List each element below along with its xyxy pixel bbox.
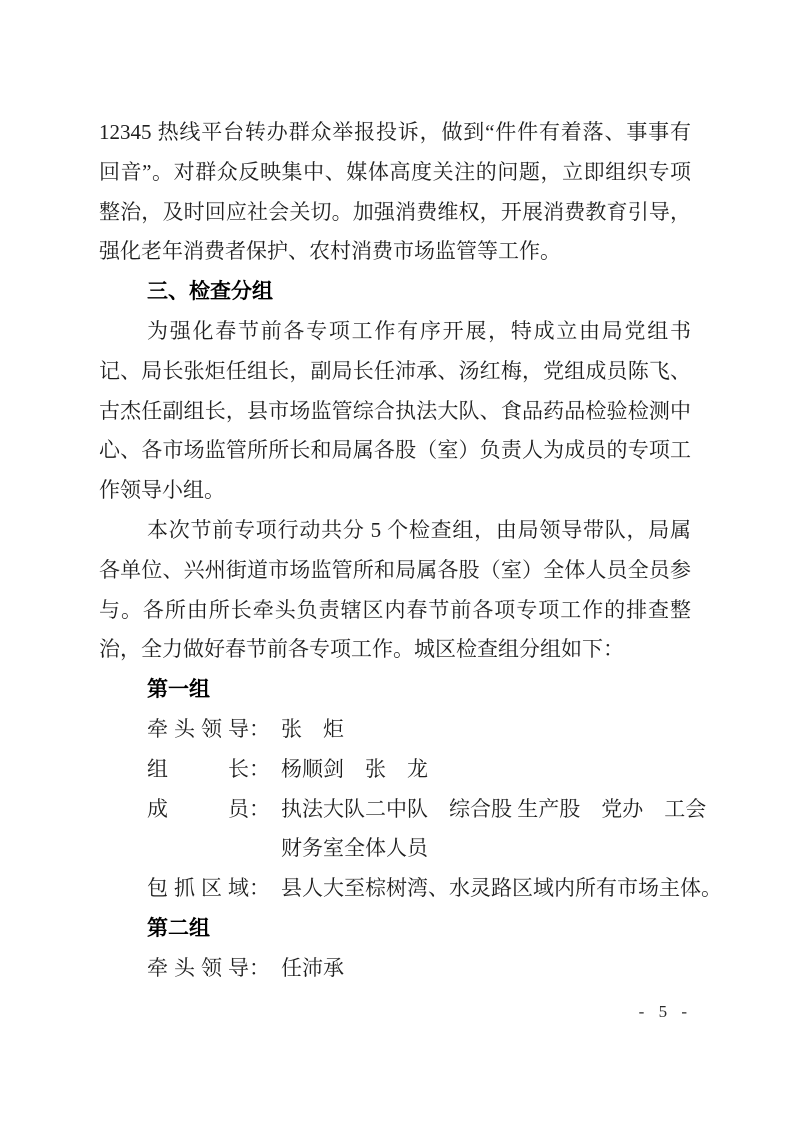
group-1: 第一组 牵头领导： 张 炬 组长： 杨顺剑 张 龙 成员： 执法大队二中队 综合…	[99, 670, 691, 909]
group-1-title: 第一组	[99, 670, 691, 710]
row-label: 牵头领导	[147, 710, 249, 750]
row-label: 组长	[147, 750, 249, 790]
page-number: - 5 -	[639, 1002, 692, 1022]
row-value: 执法大队二中队 综合股 生产股 党办 工会 财务室全体人员	[281, 790, 706, 870]
group-1-row-area: 包抓区域： 县人大至棕树湾、水灵路区域内所有市场主体。	[147, 869, 691, 909]
group-2: 第二组 牵头领导： 任沛承	[99, 909, 691, 989]
row-value: 杨顺剑 张 龙	[281, 750, 428, 790]
group-1-row-members: 成员： 执法大队二中队 综合股 生产股 党办 工会 财务室全体人员	[147, 790, 691, 870]
row-label: 牵头领导	[147, 949, 249, 989]
row-colon: ：	[249, 869, 270, 909]
row-label: 成员	[147, 790, 249, 830]
document-body: 12345 热线平台转办群众举报投诉，做到“件件有着落、事事有回音”。对群众反映…	[99, 113, 691, 989]
row-colon: ：	[249, 790, 270, 830]
document-page: 12345 热线平台转办群众举报投诉，做到“件件有着落、事事有回音”。对群众反映…	[0, 0, 793, 1122]
group-1-row-group-leader: 组长： 杨顺剑 张 龙	[147, 750, 691, 790]
paragraph-groups-intro: 本次节前专项行动共分 5 个检查组，由局领导带队，局属各单位、兴州街道市场监管所…	[99, 511, 691, 670]
row-value: 县人大至棕树湾、水灵路区域内所有市场主体。	[281, 869, 722, 909]
group-1-row-lead-leader: 牵头领导： 张 炬	[147, 710, 691, 750]
row-colon: ：	[249, 710, 270, 750]
row-value: 任沛承	[281, 949, 344, 989]
section-heading: 三、检查分组	[99, 272, 691, 312]
group-2-title: 第二组	[99, 909, 691, 949]
row-colon: ：	[249, 949, 270, 989]
paragraph-leadership: 为强化春节前各专项工作有序开展，特成立由局党组书记、局长张炬任组长，副局长任沛承…	[99, 312, 691, 511]
members-line-2: 财务室全体人员	[281, 829, 706, 869]
group-2-row-lead-leader: 牵头领导： 任沛承	[147, 949, 691, 989]
row-value: 张 炬	[281, 710, 344, 750]
members-line-1: 执法大队二中队 综合股 生产股 党办 工会	[281, 790, 706, 830]
row-label: 包抓区域	[147, 869, 249, 909]
row-colon: ：	[249, 750, 270, 790]
paragraph-continuation: 12345 热线平台转办群众举报投诉，做到“件件有着落、事事有回音”。对群众反映…	[99, 113, 691, 272]
